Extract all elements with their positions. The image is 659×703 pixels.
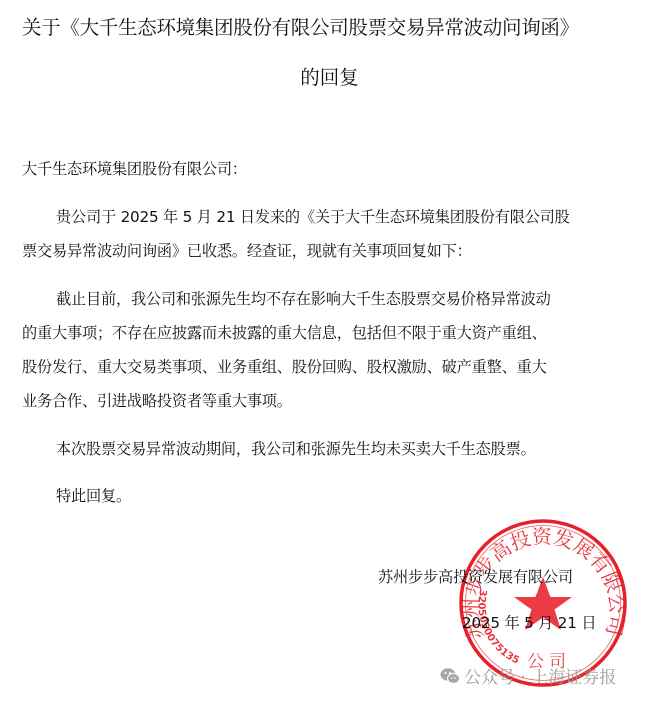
salutation: 大千生态环境集团股份有限公司： (22, 158, 247, 179)
signature-date: 2025 年 5 月 21 日 (462, 612, 596, 633)
wechat-icon (440, 667, 460, 685)
watermark: 公众号 · 上海证券报 (440, 663, 616, 688)
paragraph-2-line-2: 的重大事项；不存在应披露而未披露的重大信息，包括但不限于重大资产重组、 (22, 322, 547, 343)
watermark-text: 公众号 · 上海证券报 (464, 663, 616, 688)
paragraph-closing: 特此回复。 (56, 485, 131, 506)
paragraph-2-line-1: 截止目前，我公司和张源先生均不存在影响大千生态股票交易价格异常波动 (56, 288, 551, 309)
signature-company: 苏州步步高投资发展有限公司 (378, 566, 573, 587)
paragraph-3: 本次股票交易异常波动期间，我公司和张源先生均未买卖大千生态股票。 (56, 438, 536, 459)
document-title-line-1: 关于《大千生态环境集团股份有限公司股票交易异常波动问询函》 (22, 12, 579, 40)
paragraph-1-line-2: 票交易异常波动问询函》已收悉。经查证，现就有关事项回复如下： (22, 240, 472, 261)
paragraph-1-line-1: 贵公司于 2025 年 5 月 21 日发来的《关于大千生态环境集团股份有限公司… (56, 206, 570, 227)
paragraph-2-line-3: 股份发行、重大交易类事项、业务重组、股份回购、股权激励、破产重整、重大 (22, 356, 547, 377)
document-title-line-2: 的回复 (0, 62, 659, 90)
paragraph-2-line-4: 业务合作、引进战略投资者等重大事项。 (22, 390, 292, 411)
